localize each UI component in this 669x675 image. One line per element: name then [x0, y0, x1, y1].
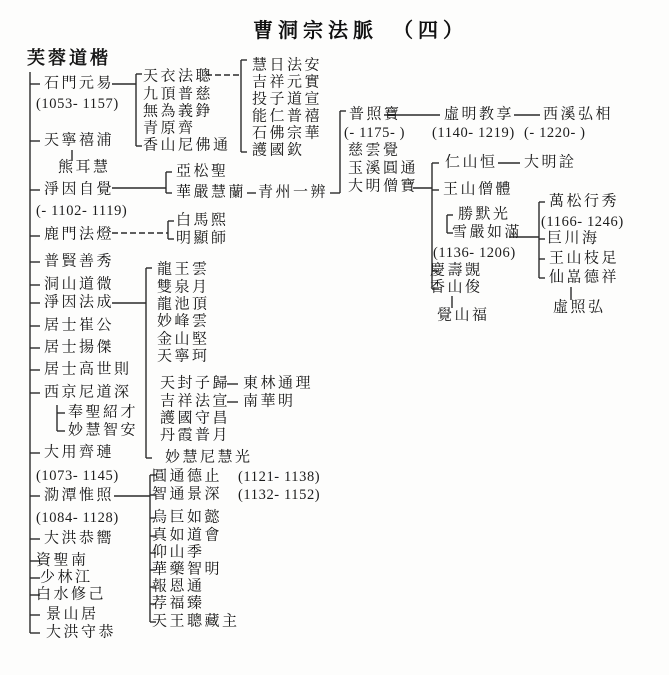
node-baoen-tong: 報恩通	[152, 580, 205, 595]
node-tianyi-facong: 天衣法聰	[143, 70, 213, 85]
node-daming-quan: 大明詮	[524, 156, 577, 171]
node-jixiang-faxuan: 吉祥法宣	[160, 395, 230, 410]
node-shimen-yuanyi-dates: (1053- 1157)	[36, 97, 119, 112]
node-xuzhao-hong: 虛照弘	[553, 301, 606, 316]
node-daming-sengbao: 大明僧寶	[348, 180, 418, 195]
node-huguo-qin: 護國欽	[252, 144, 305, 159]
node-dahong-gongxiang: 大洪恭嚮	[44, 532, 114, 547]
node-xixi-hongxiang-dates: (- 1220- )	[524, 126, 586, 141]
node-zhitong-jingshen: 智通景深	[152, 488, 222, 503]
node-huayao-zhiming: 華藥智明	[152, 563, 222, 578]
node-fengsheng-shaocai: 奉聖紹才	[68, 406, 138, 421]
node-jushi-cuigong: 居士崔公	[44, 319, 114, 334]
node-xueyan-ruman-dates: (1136- 1206)	[433, 246, 516, 261]
node-wuju-ruyi: 烏巨如懿	[152, 511, 222, 526]
node-jianfu-zhen: 荐福臻	[152, 597, 205, 612]
node-tianwang-cong-zangzhu: 天王聰藏主	[152, 615, 240, 630]
node-shengmo-guang: 勝默光	[458, 208, 511, 223]
node-miaofeng-yun: 妙峰雲	[157, 315, 210, 330]
node-jingyin-zijue-dates: (- 1102- 1119)	[36, 204, 127, 219]
node-shaolin-jiang: 少林江	[40, 571, 93, 586]
node-miaohui-ni-huiguang: 妙慧尼慧光	[165, 451, 253, 466]
node-dayong-qilian-dates: (1073- 1145)	[36, 469, 119, 484]
node-donglin-tongli: 東林通理	[243, 377, 313, 392]
node-juchuan-hai: 巨川海	[547, 232, 600, 247]
node-dayong-qilian: 大用齊璉	[44, 446, 114, 461]
node-xuming-jiaoheng: 虛明教享	[444, 108, 514, 123]
node-tianning-ke: 天寧珂	[157, 350, 210, 365]
node-puzhao-bao-dates: (- 1175- )	[344, 126, 405, 141]
node-xiangshan-ni-fotong: 香山尼佛通	[143, 139, 231, 154]
node-jingshan-ju: 景山居	[46, 608, 99, 623]
node-huguo-shouchang: 護國守昌	[160, 412, 230, 427]
node-jueshan-fu: 覺山福	[437, 309, 490, 324]
node-mingxian-shi: 明顯師	[176, 232, 229, 247]
node-letan-weizhao-dates: (1084- 1128)	[36, 511, 119, 526]
node-longwang-yun: 龍王雲	[157, 263, 210, 278]
node-zhitong-jingshen-dates: (1132- 1152)	[238, 488, 320, 503]
node-nengren-puxi: 能仁普禧	[252, 110, 322, 125]
node-jixiang-yuanshi: 吉祥元實	[252, 76, 322, 91]
node-tianfeng-zigui: 天封子歸	[160, 377, 230, 392]
node-lumen-fadeng: 鹿門法燈	[44, 228, 114, 243]
node-jinshan-jian: 金山堅	[157, 333, 210, 348]
node-baishui-xiuji: 白水修己	[36, 588, 106, 603]
node-touzi-daoxuan: 投子道宣	[252, 93, 322, 108]
node-wangshan-sengti: 王山僧體	[443, 183, 513, 198]
node-shuangquan-yue: 雙泉月	[157, 281, 210, 296]
node-shimen-yuanyi: 石門元易	[44, 77, 114, 92]
node-jingyin-facheng: 淨因法成	[44, 296, 114, 311]
node-jingyin-zijue: 淨因自覺	[44, 183, 114, 198]
node-wansong-xingxiu: 萬松行秀	[549, 195, 619, 210]
node-jushi-yangjie: 居士揚傑	[44, 341, 114, 356]
node-xuming-jiaoheng-dates: (1140- 1219)	[432, 126, 515, 141]
node-longchi-ding: 龍池頂	[157, 298, 210, 313]
node-yangshan-ji: 仰山季	[152, 546, 205, 561]
node-qingshou-ji: 慶壽覬	[430, 264, 483, 279]
node-huiri-faan: 慧日法安	[252, 59, 322, 74]
node-shifo-zonghua: 石佛宗華	[252, 127, 322, 142]
node-baima-xi: 白馬熙	[176, 214, 229, 229]
node-yasong-sheng: 亞松聖	[176, 165, 229, 180]
node-jiuding-puci: 九頂普慈	[143, 88, 213, 103]
node-xijing-ni-daoshen: 西京尼道深	[44, 386, 132, 401]
node-nanhua-ming: 南華明	[243, 395, 296, 410]
node-zisheng-nan: 資聖南	[36, 554, 89, 569]
node-letan-weizhao: 泐潭惟照	[44, 489, 114, 504]
node-wuwei-yizheng: 無為義錚	[143, 105, 213, 120]
node-yuxi-yuantong: 玉溪圓通	[348, 162, 418, 177]
node-puzhao-bao: 普照寶	[349, 108, 402, 123]
node-wansong-xingxiu-dates: (1166- 1246)	[541, 215, 624, 230]
node-zhenru-daohui: 真如道會	[152, 529, 222, 544]
node-xianyan-dexiang: 仙嵓德祥	[549, 271, 619, 286]
node-tianning-xipu: 天寧禧浦	[44, 134, 114, 149]
page-title: 曹洞宗法脈 （四）	[253, 21, 468, 41]
scanned-lineage-page: 曹洞宗法脈 （四） 芙蓉道楷石門元易(1053- 1157)天寧禧浦熊耳慧淨因自…	[0, 0, 669, 675]
node-qingyuan-qi: 青原齊	[143, 122, 196, 137]
node-miaohui-zhian: 妙慧智安	[68, 424, 138, 439]
node-dongshan-daowei: 洞山道微	[44, 278, 114, 293]
node-jushi-gaoshize: 居士高世則	[44, 363, 132, 378]
node-yuantong-dezhi: 圓通德止	[152, 470, 222, 485]
node-ciyun-jue: 慈雲覺	[348, 144, 401, 159]
node-puxian-shanxiu: 普賢善秀	[44, 255, 114, 270]
node-danxia-puyue: 丹霞普月	[160, 429, 230, 444]
node-xiangshan-jun: 香山俊	[430, 281, 483, 296]
node-xueyan-ruman: 雪嚴如滿	[452, 226, 522, 241]
node-huayan-huilan: 華嚴慧蘭	[176, 186, 246, 201]
node-xixi-hongxiang: 西溪弘相	[543, 108, 613, 123]
node-xionger-hui: 熊耳慧	[58, 161, 111, 176]
node-renshan-heng: 仁山恒	[445, 156, 498, 171]
node-wangshan-zhizu: 王山枝足	[549, 252, 619, 267]
node-qingzhou-yibian: 青州一辨	[258, 186, 328, 201]
node-furong-daokai: 芙蓉道楷	[27, 49, 111, 67]
node-yuantong-dezhi-dates: (1121- 1138)	[238, 470, 320, 485]
node-dahong-shougong: 大洪守恭	[46, 626, 116, 641]
